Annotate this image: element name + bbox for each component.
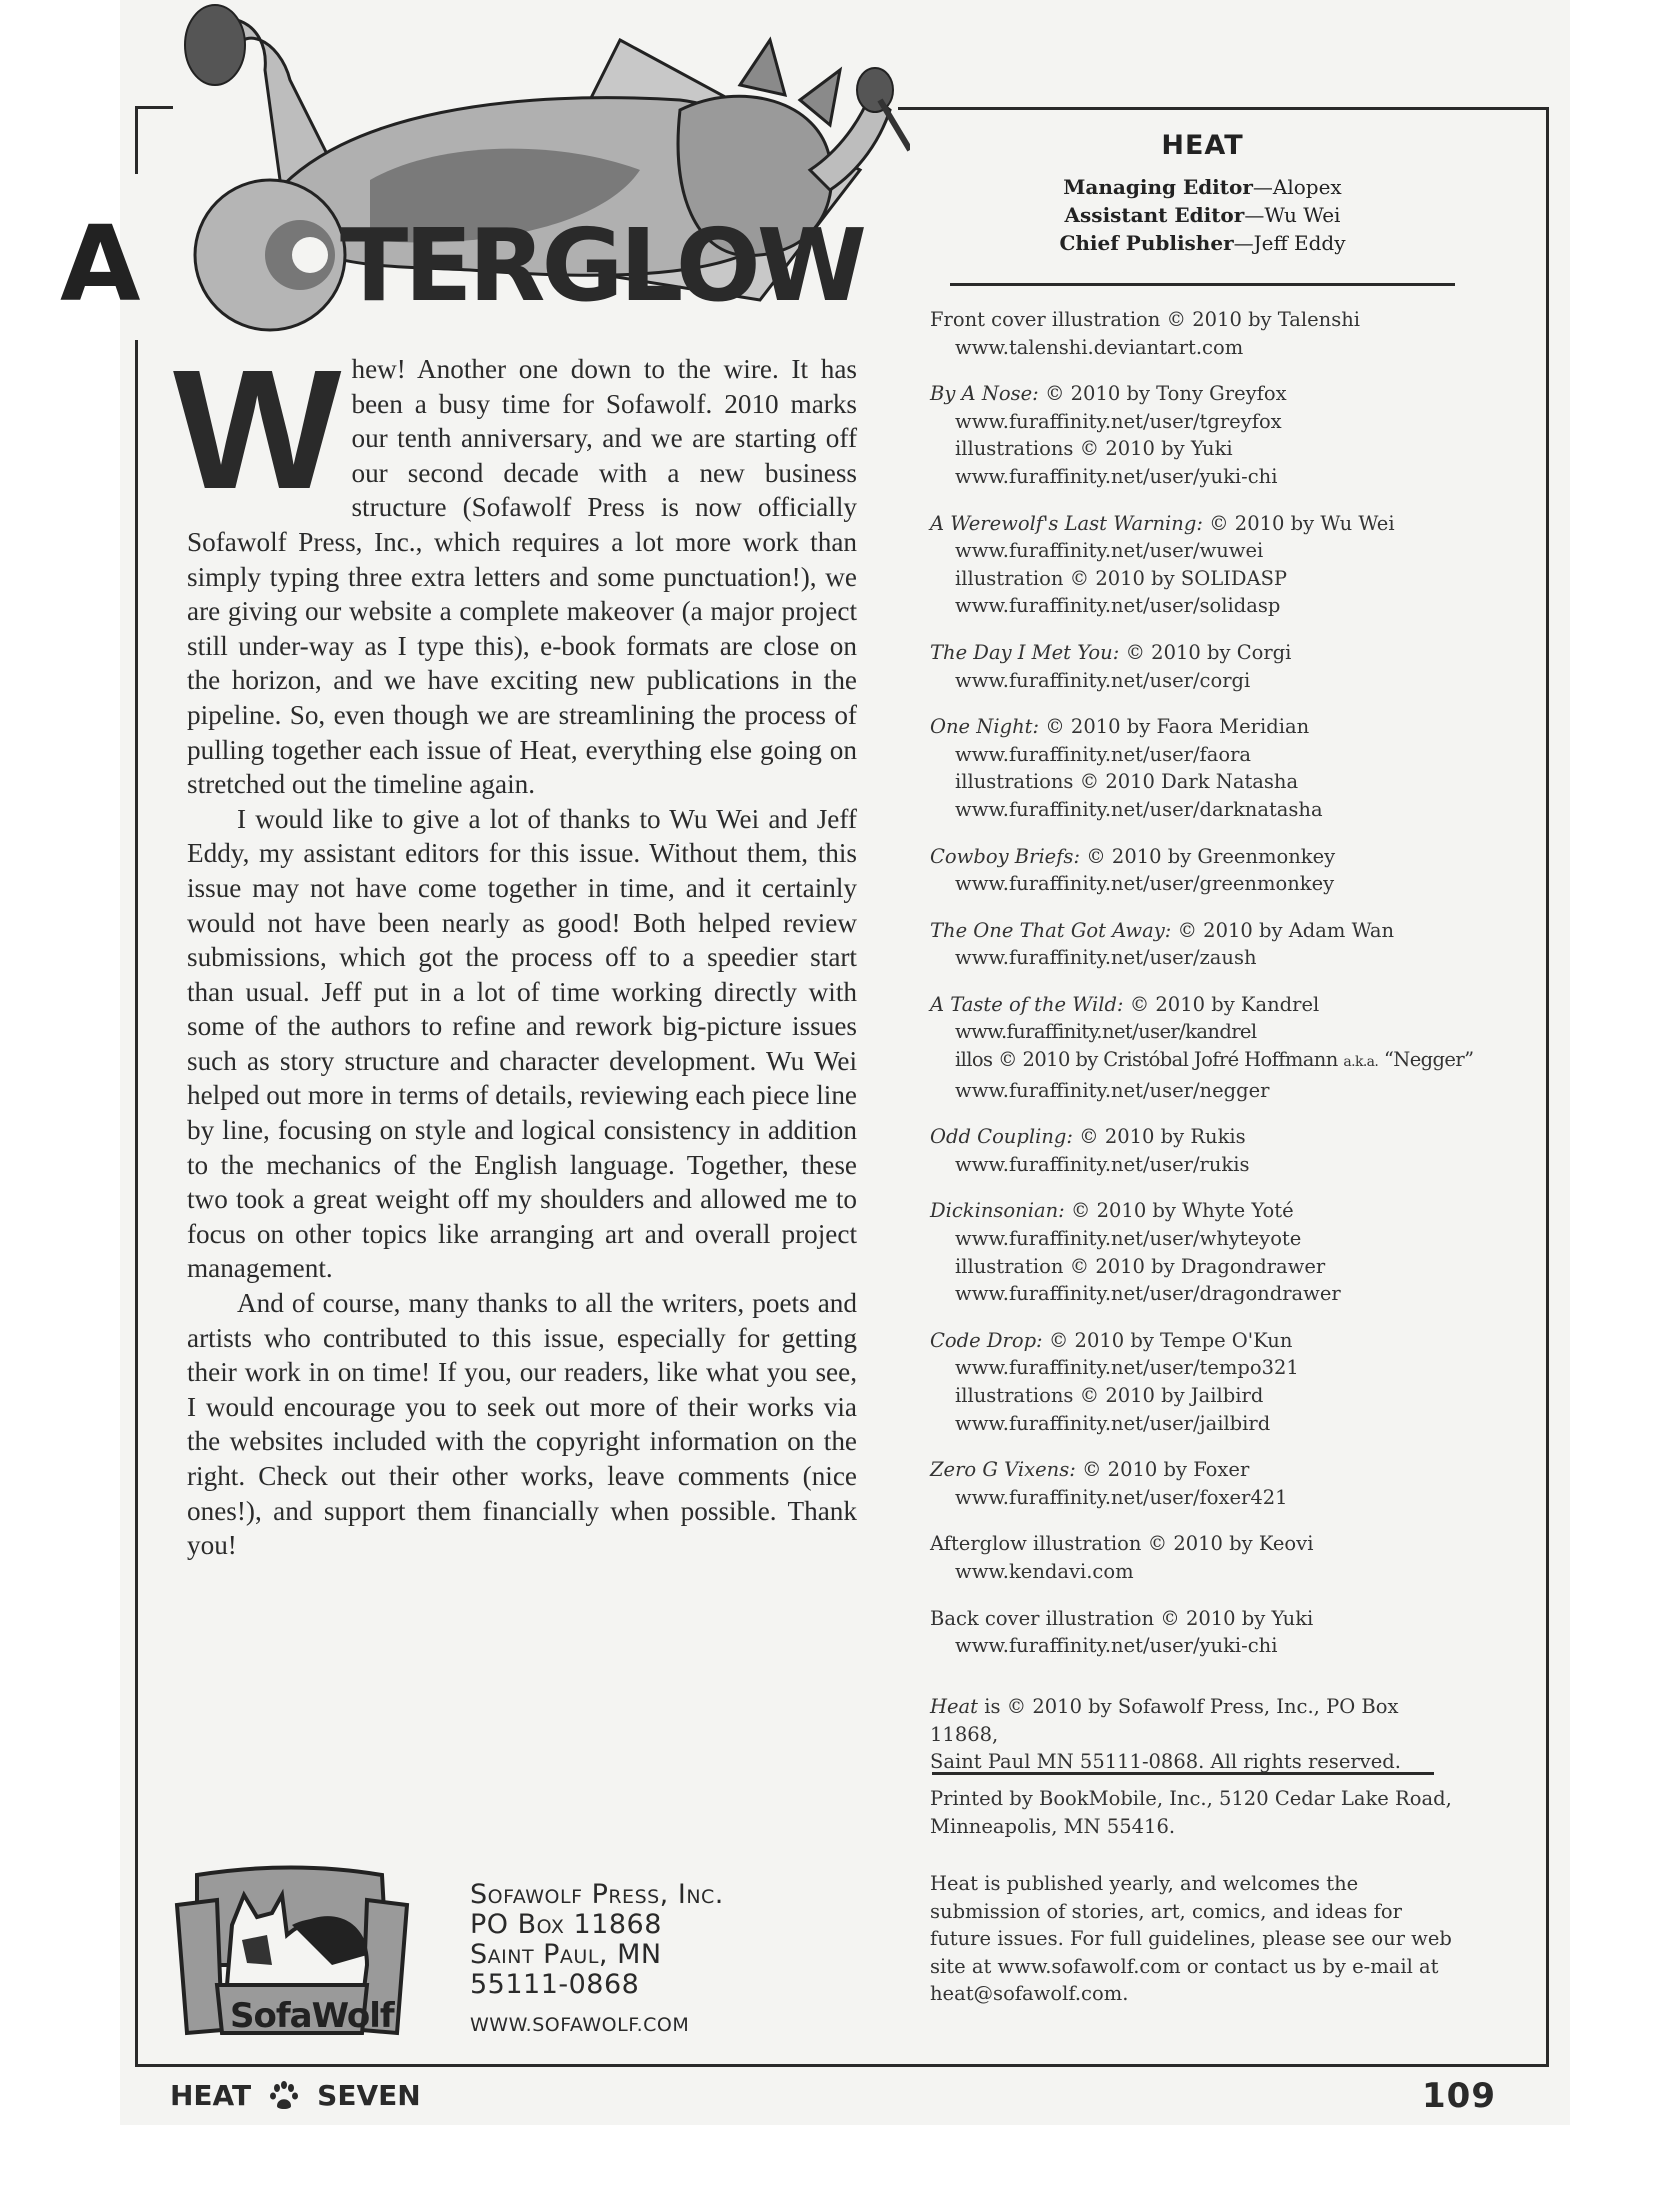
- credit-entry: Afterglow illustration © 2010 by Keovi w…: [930, 1530, 1530, 1585]
- credit-entry: Front cover illustration © 2010 by Talen…: [930, 306, 1530, 361]
- credit-text: © 2010 by Tony Greyfox: [1039, 382, 1287, 405]
- credit-text: © 2010 by Greenmonkey: [1080, 845, 1335, 868]
- frame-bottom: [135, 2064, 1549, 2067]
- drop-cap: W: [173, 360, 341, 502]
- credit-text: © 2010 by Faora Meridian: [1039, 715, 1309, 738]
- credit-title: Zero G Vixens:: [930, 1458, 1076, 1481]
- printer-line: Printed by BookMobile, Inc., 5120 Cedar …: [930, 1785, 1460, 1813]
- credit-title: Cowboy Briefs:: [930, 845, 1080, 868]
- sofa-wolf-logo-icon: SofaWolf: [172, 1855, 412, 2045]
- credit-link: www.furaffinity.net/user/yuki-chi: [930, 463, 1530, 491]
- credit-entry: A Taste of the Wild: © 2010 by Kandrel w…: [930, 991, 1530, 1104]
- submissions-line: Heat is published yearly, and welcomes t…: [930, 1870, 1460, 1898]
- editorial-article: Whew! Another one down to the wire. It h…: [187, 352, 857, 1563]
- credit-entry: Dickinsonian: © 2010 by Whyte Yoté www.f…: [930, 1197, 1530, 1307]
- credit-link: www.furaffinity.net/user/kandrel: [930, 1018, 1530, 1046]
- credit-illustrator: illustration © 2010 by SOLIDASP: [930, 565, 1530, 593]
- submissions-line: heat@sofawolf.com.: [930, 1980, 1460, 2008]
- masthead-divider: [950, 283, 1455, 286]
- credit-text: Back cover illustration © 2010 by Yuki: [930, 1607, 1313, 1630]
- credit-text: © 2010 by Whyte Yoté: [1065, 1199, 1294, 1222]
- credit-entry: Cowboy Briefs: © 2010 by Greenmonkey www…: [930, 843, 1530, 898]
- credit-text: © 2010 by Corgi: [1119, 641, 1291, 664]
- printer-notice: Printed by BookMobile, Inc., 5120 Cedar …: [930, 1785, 1460, 1840]
- credit-title: A Taste of the Wild:: [930, 993, 1124, 1016]
- address-line: PO Box 11868: [470, 1910, 724, 1940]
- credit-link: www.furaffinity.net/user/faora: [930, 741, 1530, 769]
- credit-link: www.furaffinity.net/user/zaush: [930, 944, 1530, 972]
- illustrator-name: illos © 2010 by Cristóbal Jofré Hoffmann: [955, 1048, 1338, 1071]
- credit-title: One Night:: [930, 715, 1039, 738]
- paw-print-icon: [269, 2081, 299, 2111]
- credit-link: www.furaffinity.net/user/whyteyote: [930, 1225, 1530, 1253]
- credit-link: www.furaffinity.net/user/corgi: [930, 667, 1530, 695]
- copyright-divider: [932, 1772, 1434, 1775]
- credit-link: www.furaffinity.net/user/jailbird: [930, 1410, 1530, 1438]
- staff-name: —Jeff Eddy: [1234, 231, 1346, 255]
- credit-link: www.furaffinity.net/user/foxer421: [930, 1484, 1530, 1512]
- copyright-notice: Heat is © 2010 by Sofawolf Press, Inc., …: [930, 1693, 1460, 1776]
- footer-magazine-name: HEAT: [170, 2079, 251, 2112]
- credit-entry: One Night: © 2010 by Faora Meridian www.…: [930, 713, 1530, 823]
- credit-entry: Odd Coupling: © 2010 by Rukis www.furaff…: [930, 1123, 1530, 1178]
- printer-line: Minneapolis, MN 55416.: [930, 1813, 1460, 1841]
- credit-title: Dickinsonian:: [930, 1199, 1065, 1222]
- wolf-on-pillow-icon: A TERGLOW: [40, 0, 910, 345]
- publisher-website: WWW.SOFAWOLF.COM: [470, 2014, 724, 2036]
- page-number: 109: [1422, 2076, 1496, 2116]
- credit-link: www.kendavi.com: [930, 1558, 1530, 1586]
- staff-line: Assistant Editor—Wu Wei: [950, 201, 1455, 229]
- frame-left: [135, 340, 138, 2067]
- running-footer: HEAT SEVEN: [170, 2079, 421, 2112]
- credit-entry: By A Nose: © 2010 by Tony Greyfox www.fu…: [930, 380, 1530, 490]
- footer-issue-name: SEVEN: [317, 2079, 421, 2112]
- svg-text:SofaWolf: SofaWolf: [230, 1996, 396, 2036]
- address-line: 55111-0868: [470, 1970, 724, 2000]
- address-line: Sofawolf Press, Inc.: [470, 1880, 724, 1910]
- credit-title: The One That Got Away:: [930, 919, 1171, 942]
- credit-illustrator: illustrations © 2010 by Yuki: [930, 435, 1530, 463]
- credit-text: © 2010 by Tempe O'Kun: [1043, 1329, 1293, 1352]
- masthead: HEAT Managing Editor—Alopex Assistant Ed…: [950, 130, 1455, 257]
- submissions-notice: Heat is published yearly, and welcomes t…: [930, 1870, 1460, 2008]
- credit-link: www.furaffinity.net/user/darknatasha: [930, 796, 1530, 824]
- credit-link: www.furaffinity.net/user/rukis: [930, 1151, 1530, 1179]
- frame-top: [898, 107, 1549, 110]
- credit-entry: Zero G Vixens: © 2010 by Foxer www.furaf…: [930, 1456, 1530, 1511]
- svg-text:A: A: [60, 203, 143, 325]
- article-paragraph: I would like to give a lot of thanks to …: [187, 802, 857, 1286]
- publisher-address: Sofawolf Press, Inc. PO Box 11868 Saint …: [470, 1880, 724, 2036]
- submissions-line: site at www.sofawolf.com or contact us b…: [930, 1953, 1460, 1981]
- credit-link: www.talenshi.deviantart.com: [930, 334, 1530, 362]
- credit-illustrator: illustrations © 2010 by Jailbird: [930, 1382, 1530, 1410]
- staff-name: —Wu Wei: [1244, 203, 1340, 227]
- credit-text: © 2010 by Wu Wei: [1203, 512, 1395, 535]
- credit-text: Afterglow illustration © 2010 by Keovi: [930, 1532, 1313, 1555]
- staff-role: Managing Editor: [1063, 175, 1253, 199]
- copyright-title: Heat: [930, 1695, 978, 1718]
- credit-link: www.furaffinity.net/user/solidasp: [930, 592, 1530, 620]
- staff-name: —Alopex: [1253, 175, 1342, 199]
- afterglow-banner-illustration: A TERGLOW: [40, 0, 910, 345]
- credit-link: www.furaffinity.net/user/negger: [930, 1077, 1530, 1105]
- submissions-line: submission of stories, art, comics, and …: [930, 1898, 1460, 1926]
- credit-text: © 2010 by Adam Wan: [1171, 919, 1394, 942]
- copyright-line: is © 2010 by Sofawolf Press, Inc., PO Bo…: [930, 1695, 1398, 1746]
- staff-line: Managing Editor—Alopex: [950, 173, 1455, 201]
- credit-link: www.furaffinity.net/user/tempo321: [930, 1354, 1530, 1382]
- credit-title: Code Drop:: [930, 1329, 1043, 1352]
- credit-entry: Back cover illustration © 2010 by Yuki w…: [930, 1605, 1530, 1660]
- magazine-title: HEAT: [950, 130, 1455, 161]
- credit-link: www.furaffinity.net/user/wuwei: [930, 537, 1530, 565]
- credit-text: © 2010 by Kandrel: [1124, 993, 1320, 1016]
- credit-title: Odd Coupling:: [930, 1125, 1073, 1148]
- address-line: Saint Paul, MN: [470, 1940, 724, 1970]
- staff-line: Chief Publisher—Jeff Eddy: [950, 229, 1455, 257]
- credit-title: The Day I Met You:: [930, 641, 1119, 664]
- article-paragraph: Whew! Another one down to the wire. It h…: [187, 352, 857, 802]
- credit-illustrator: illustrations © 2010 Dark Natasha: [930, 768, 1530, 796]
- credit-link: www.furaffinity.net/user/dragondrawer: [930, 1280, 1530, 1308]
- credit-text: © 2010 by Foxer: [1076, 1458, 1249, 1481]
- credit-entry: Code Drop: © 2010 by Tempe O'Kun www.fur…: [930, 1327, 1530, 1437]
- credit-text: © 2010 by Rukis: [1073, 1125, 1246, 1148]
- credit-link: www.furaffinity.net/user/tgreyfox: [930, 408, 1530, 436]
- credit-entry: The Day I Met You: © 2010 by Corgi www.f…: [930, 639, 1530, 694]
- staff-role: Chief Publisher: [1059, 231, 1233, 255]
- svg-text:TERGLOW: TERGLOW: [340, 207, 865, 324]
- credit-illustrator: illustration © 2010 by Dragondrawer: [930, 1253, 1530, 1281]
- aka-label: a.k.a.: [1343, 1054, 1378, 1070]
- credit-illustrator: illos © 2010 by Cristóbal Jofré Hoffmann…: [930, 1046, 1530, 1077]
- credit-text: Front cover illustration © 2010 by Talen…: [930, 308, 1360, 331]
- sofawolf-logo: SofaWolf: [172, 1855, 412, 2045]
- credits-list: Front cover illustration © 2010 by Talen…: [930, 306, 1530, 1679]
- credit-link: www.furaffinity.net/user/yuki-chi: [930, 1632, 1530, 1660]
- frame-right: [1546, 107, 1549, 2067]
- credit-title: By A Nose:: [930, 382, 1039, 405]
- staff-role: Assistant Editor: [1065, 203, 1245, 227]
- credit-entry: A Werewolf's Last Warning: © 2010 by Wu …: [930, 510, 1530, 620]
- submissions-line: future issues. For full guidelines, plea…: [930, 1925, 1460, 1953]
- credit-title: A Werewolf's Last Warning:: [930, 512, 1203, 535]
- aka-name: “Negger”: [1378, 1048, 1473, 1071]
- credit-entry: The One That Got Away: © 2010 by Adam Wa…: [930, 917, 1530, 972]
- article-paragraph: And of course, many thanks to all the wr…: [187, 1286, 857, 1563]
- credit-link: www.furaffinity.net/user/greenmonkey: [930, 870, 1530, 898]
